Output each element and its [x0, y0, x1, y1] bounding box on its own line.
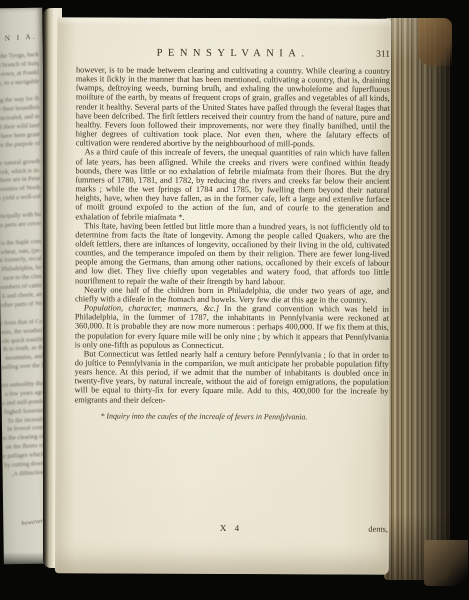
- paragraph: however, is to be made between clearing …: [76, 65, 390, 149]
- signature-spacer: [74, 530, 220, 531]
- signature-mark: X 4: [220, 523, 242, 533]
- book-page: PENNSYLVANIA. 311 however, is to be made…: [55, 17, 391, 574]
- running-head-row: PENNSYLVANIA. 311: [76, 47, 390, 59]
- paragraph: As a third cauſe of this increaſe of fev…: [75, 148, 389, 223]
- fore-edge-top-notch: [418, 18, 452, 66]
- catchword: dents,: [242, 524, 388, 534]
- footnote: * Inquiry into the cauſes of the increaſ…: [100, 411, 388, 421]
- paragraph: But Connecticut was ſettled nearly half …: [75, 349, 389, 405]
- section-heading-italic: Population, character, manners, &c.]: [84, 303, 219, 313]
- page-number: 311: [356, 50, 390, 60]
- facing-page-catchword: however: [21, 518, 44, 528]
- body-text: however, is to be made between clearing …: [74, 65, 390, 421]
- facing-running-head-fragment: A N I A.: [0, 33, 38, 44]
- signature-row: X 4 dents,: [74, 522, 388, 533]
- paragraph: Nearly one half of the children born in …: [75, 285, 389, 305]
- fore-edge-bottom-corner: [424, 540, 468, 586]
- book-photo: A N I A. outh of the Tyoga, backhe weſt …: [0, 0, 469, 600]
- facing-page-text-fragments: outh of the Tyoga, backhe weſt branch of…: [0, 51, 45, 480]
- page-title: PENNSYLVANIA.: [76, 47, 356, 59]
- fore-edge-page-stack: [384, 18, 450, 580]
- paragraph: This ſtate, having been ſettled but litt…: [75, 221, 389, 286]
- paragraph: Population, character, manners, &c.] In …: [75, 303, 389, 350]
